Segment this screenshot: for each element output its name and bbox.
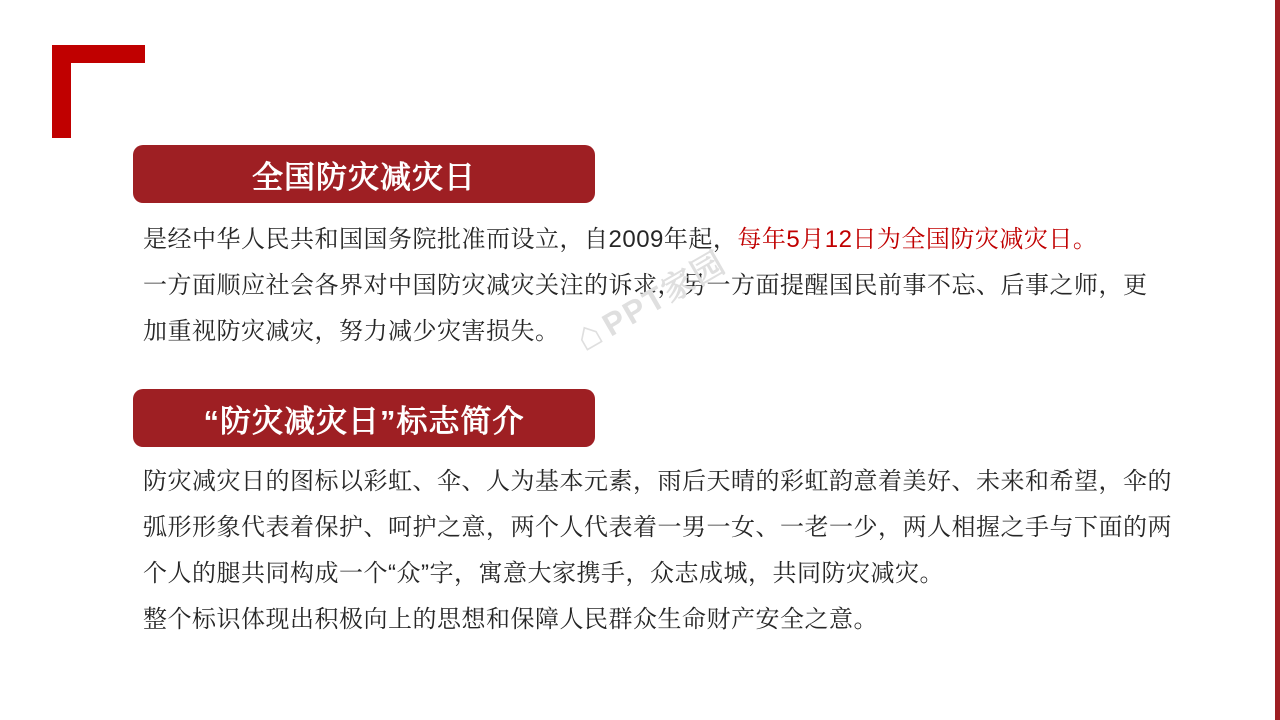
- right-edge-bar: [1275, 0, 1280, 720]
- body-text: 一方面顺应社会各界对中国防灾减灾关注的诉求，另一方面提醒国民前事不忘、后事之师，…: [143, 272, 1148, 299]
- section-2-title: “防灾减灾日”标志简介: [204, 396, 525, 441]
- slide: 全国防灾减灾日 是经中华人民共和国国务院批准而设立，自2009年起，每年5月12…: [0, 0, 1280, 720]
- section-1-title-banner: 全国防灾减灾日: [133, 145, 595, 203]
- body-text-line: 加重视防灾减灾，努力减少灾害损失。: [143, 309, 1183, 355]
- body-text-line: 个人的腿共同构成一个“众”字，寓意大家携手，众志成城，共同防灾减灾。: [143, 551, 1183, 597]
- body-text-line: 一方面顺应社会各界对中国防灾减灾关注的诉求，另一方面提醒国民前事不忘、后事之师，…: [143, 263, 1183, 309]
- body-text: 弧形形象代表着保护、呵护之意，两个人代表着一男一女、一老一少，两人相握之手与下面…: [143, 514, 1172, 541]
- section-1-paragraph: 是经中华人民共和国国务院批准而设立，自2009年起，每年5月12日为全国防灾减灾…: [143, 217, 1183, 355]
- section-1-title: 全国防灾减灾日: [252, 152, 476, 197]
- body-text: 个人的腿共同构成一个“众”字，寓意大家携手，众志成城，共同防灾减灾。: [143, 560, 944, 587]
- body-text: 整个标识体现出积极向上的思想和保障人民群众生命财产安全之意。: [143, 606, 878, 633]
- section-2-title-banner: “防灾减灾日”标志简介: [133, 389, 595, 447]
- body-text-line: 防灾减灾日的图标以彩虹、伞、人为基本元素，雨后天晴的彩虹韵意着美好、未来和希望，…: [143, 459, 1183, 505]
- body-text: 防灾减灾日的图标以彩虹、伞、人为基本元素，雨后天晴的彩虹韵意着美好、未来和希望，…: [143, 468, 1172, 495]
- section-2-paragraph: 防灾减灾日的图标以彩虹、伞、人为基本元素，雨后天晴的彩虹韵意着美好、未来和希望，…: [143, 459, 1183, 643]
- body-text-line: 是经中华人民共和国国务院批准而设立，自2009年起，每年5月12日为全国防灾减灾…: [143, 217, 1183, 263]
- corner-accent-shape: [52, 45, 145, 138]
- highlighted-text: 每年5月12日为全国防灾减灾日。: [737, 226, 1097, 253]
- body-text: 加重视防灾减灾，努力减少灾害损失。: [143, 318, 560, 345]
- body-text-line: 弧形形象代表着保护、呵护之意，两个人代表着一男一女、一老一少，两人相握之手与下面…: [143, 505, 1183, 551]
- body-text: 是经中华人民共和国国务院批准而设立，自2009年起，: [143, 226, 737, 253]
- body-text-line: 整个标识体现出积极向上的思想和保障人民群众生命财产安全之意。: [143, 597, 1183, 643]
